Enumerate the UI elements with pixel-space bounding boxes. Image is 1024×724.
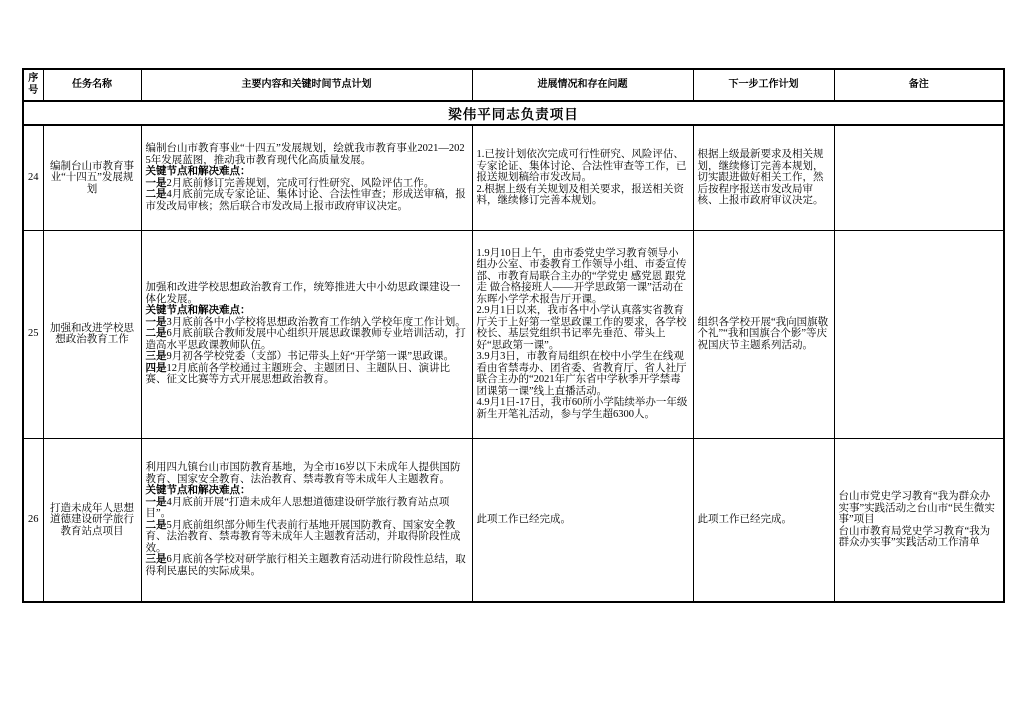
cell-task-name: 打造未成年人思想道德建设研学旅行教育站点项目 bbox=[43, 438, 141, 602]
paragraph: 一是3月底前各中小学校将思想政治教育工作纳入学校年度工作计划。 bbox=[146, 317, 468, 329]
paragraph: 组织各学校开展“我向国旗敬个礼”“我和国旗合个影”等庆祝国庆节主题系列活动。 bbox=[698, 317, 830, 352]
task-row: 24编制台山市教育事业“十四五”发展规划编制台山市教育事业“十四五”发展规划，绘… bbox=[23, 125, 1004, 230]
paragraph: 2.根据上级有关规划及相关要求，报送相关资料，继续修订完善本规划。 bbox=[477, 184, 689, 207]
paragraph: 3.9月3日，市教育局组织在校中小学生在线观看由省禁毒办、团省委、省教育厅、省人… bbox=[477, 351, 689, 397]
cell-progress-status: 此项工作已经完成。 bbox=[472, 438, 693, 602]
document-page: 序号 任务名称 主要内容和关键时间节点计划 进展情况和存在问题 下一步工作计划 … bbox=[0, 0, 1024, 724]
paragraph: 此项工作已经完成。 bbox=[477, 514, 689, 526]
paragraph: 加强和改进学校思想政治教育工作，统筹推进大中小幼思政课建设一体化发展。 bbox=[146, 282, 468, 305]
paragraph: 利用四九镇台山市国防教育基地，为全市16岁以下未成年人提供国防教育、国家安全教育… bbox=[146, 462, 468, 485]
cell-progress-status: 1.已按计划依次完成可行性研究、风险评估、专家论证、集体讨论、合法性审查等工作，… bbox=[472, 125, 693, 230]
paragraph: 二是4月底前完成专家论证、集体讨论、合法性审查；形成送审稿，报市发改局审核；然后… bbox=[146, 189, 468, 212]
table-body: 24编制台山市教育事业“十四五”发展规划编制台山市教育事业“十四五”发展规划，绘… bbox=[23, 125, 1004, 602]
cell-task-name: 编制台山市教育事业“十四五”发展规划 bbox=[43, 125, 141, 230]
paragraph: 台山市教育局党史学习教育“我为群众办实事”实践活动工作清单 bbox=[839, 526, 1000, 549]
task-progress-table: 序号 任务名称 主要内容和关键时间节点计划 进展情况和存在问题 下一步工作计划 … bbox=[22, 68, 1005, 603]
cell-serial-number: 25 bbox=[23, 230, 43, 438]
paragraph: 三是6月底前各学校对研学旅行相关主题教育活动进行阶段性总结，取得利民惠民的实际成… bbox=[146, 554, 468, 577]
cell-serial-number: 24 bbox=[23, 125, 43, 230]
col-header-main-content: 主要内容和关键时间节点计划 bbox=[141, 69, 472, 101]
task-row: 25加强和改进学校思想政治教育工作加强和改进学校思想政治教育工作，统筹推进大中小… bbox=[23, 230, 1004, 438]
cell-remark: 台山市党史学习教育“我为群众办实事”实践活动之台山市“民生微实事”项目台山市教育… bbox=[834, 438, 1004, 602]
table-header: 序号 任务名称 主要内容和关键时间节点计划 进展情况和存在问题 下一步工作计划 … bbox=[23, 69, 1004, 125]
paragraph: 三是9月初各学校党委（支部）书记带头上好“开学第一课”思政课。 bbox=[146, 351, 468, 363]
col-header-remark: 备注 bbox=[834, 69, 1004, 101]
col-header-serial: 序号 bbox=[23, 69, 43, 101]
paragraph: 二是6月底前联合教师发展中心组织开展思政课教师专业培训活动，打造高水平思政课教师… bbox=[146, 328, 468, 351]
paragraph: 4.9月1日-17日，我市60所小学陆续举办一年级新生开笔礼活动，参与学生超63… bbox=[477, 397, 689, 420]
table-header-row: 序号 任务名称 主要内容和关键时间节点计划 进展情况和存在问题 下一步工作计划 … bbox=[23, 69, 1004, 101]
section-header-row: 梁伟平同志负责项目 bbox=[23, 101, 1004, 125]
paragraph: 二是5月底前组织部分师生代表前行基地开展国防教育、国家安全教育、法治教育、禁毒教… bbox=[146, 520, 468, 555]
cell-main-content: 利用四九镇台山市国防教育基地，为全市16岁以下未成年人提供国防教育、国家安全教育… bbox=[141, 438, 472, 602]
task-row: 26打造未成年人思想道德建设研学旅行教育站点项目利用四九镇台山市国防教育基地，为… bbox=[23, 438, 1004, 602]
cell-remark bbox=[834, 230, 1004, 438]
paragraph: 1.已按计划依次完成可行性研究、风险评估、专家论证、集体讨论、合法性审查等工作，… bbox=[477, 149, 689, 184]
paragraph: 一是4月底前开展“打造未成年人思想道德建设研学旅行教育站点项目”。 bbox=[146, 497, 468, 520]
cell-progress-status: 1.9月10日上午，由市委党史学习教育领导小组办公室、市委教育工作领导小组、市委… bbox=[472, 230, 693, 438]
paragraph: 台山市党史学习教育“我为群众办实事”实践活动之台山市“民生微实事”项目 bbox=[839, 491, 1000, 526]
paragraph: 关键节点和解决难点： bbox=[146, 485, 468, 497]
cell-task-name: 加强和改进学校思想政治教育工作 bbox=[43, 230, 141, 438]
cell-serial-number: 26 bbox=[23, 438, 43, 602]
col-header-task-name: 任务名称 bbox=[43, 69, 141, 101]
paragraph: 四是12月底前各学校通过主题班会、主题团日、主题队日、演讲比赛、征文比赛等方式开… bbox=[146, 363, 468, 386]
section-title: 梁伟平同志负责项目 bbox=[23, 101, 1004, 125]
cell-next-step-plan: 组织各学校开展“我向国旗敬个礼”“我和国旗合个影”等庆祝国庆节主题系列活动。 bbox=[693, 230, 834, 438]
paragraph: 关键节点和解决难点： bbox=[146, 305, 468, 317]
paragraph: 编制台山市教育事业“十四五”发展规划，绘就我市教育事业2021—2025年发展蓝… bbox=[146, 143, 468, 166]
paragraph: 1.9月10日上午，由市委党史学习教育领导小组办公室、市委教育工作领导小组、市委… bbox=[477, 248, 689, 306]
cell-main-content: 编制台山市教育事业“十四五”发展规划，绘就我市教育事业2021—2025年发展蓝… bbox=[141, 125, 472, 230]
paragraph: 2.9月1日以来，我市各中小学认真落实省教育厅关于上好第一堂思政课工作的要求，各… bbox=[477, 305, 689, 351]
cell-main-content: 加强和改进学校思想政治教育工作，统筹推进大中小幼思政课建设一体化发展。关键节点和… bbox=[141, 230, 472, 438]
col-header-progress: 进展情况和存在问题 bbox=[472, 69, 693, 101]
cell-remark bbox=[834, 125, 1004, 230]
cell-next-step-plan: 此项工作已经完成。 bbox=[693, 438, 834, 602]
cell-next-step-plan: 根据上级最新要求及相关规划，继续修订完善本规划，切实跟进做好相关工作，然后按程序… bbox=[693, 125, 834, 230]
paragraph: 此项工作已经完成。 bbox=[698, 514, 830, 526]
paragraph: 一是2月底前修订完善规划，完成可行性研究、风险评估工作。 bbox=[146, 178, 468, 190]
col-header-next-plan: 下一步工作计划 bbox=[693, 69, 834, 101]
paragraph: 根据上级最新要求及相关规划，继续修订完善本规划，切实跟进做好相关工作，然后按程序… bbox=[698, 149, 830, 207]
paragraph: 关键节点和解决难点： bbox=[146, 166, 468, 178]
